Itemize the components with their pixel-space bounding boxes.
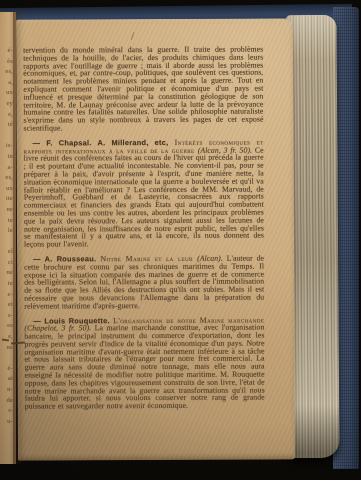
scanned-page: tervention du monde minéral dans la guer… [16,18,295,460]
page-text-block: tervention du monde minéral dans la guer… [23,46,265,411]
entry-review-text: L'auteur de cette brochure est connu par… [24,253,264,310]
left-page-text-fragment [1,131,13,142]
left-page-text-fragment: ci [1,258,13,269]
left-page-text-fragment: a- [1,163,13,174]
left-page-text-fragment: a, [1,78,13,89]
book-photo: é-èses,a,uxeye,téis-ina-es,uxiteneteleel… [0,0,361,480]
left-page-text-fragment: ey [1,99,13,110]
left-page-text-fragment [1,353,13,364]
left-page-text-fragment: ne [1,268,13,279]
left-page-text-fragment: té [1,120,13,131]
left-page-text-fragment: te [1,279,13,290]
left-page-text-fragment: es, [1,173,13,184]
bibliography-entry: — Louis Rouquette. L'organisation de not… [24,316,264,411]
left-page-text-fragment: e, [1,332,13,343]
left-page-text-fragment: é- [1,364,13,375]
left-page-text-fragment: in [1,152,13,163]
left-page-text-fragment: et [1,300,13,311]
left-page-text-fragment: r- [1,406,13,417]
paragraph-continuation: tervention du monde minéral dans la guer… [23,46,263,133]
left-page-text-fragment: ux [1,184,13,195]
left-page-text-fragment: ne [1,343,13,354]
left-page-text-fragment: is- [1,141,13,152]
entry-review-text: tervention du monde minéral dans la guer… [23,45,263,133]
left-page-text-fragment: n- [1,385,13,396]
left-page-text-fragment: ne [1,205,13,216]
left-page-text-fragment: u- [1,417,13,428]
bibliography-entry: — A. Rousseau. Notre Marine et la leur (… [24,254,264,310]
entry-review-text: Ce livre réunit des conférences faites a… [24,145,264,249]
left-page-text-fragment: ux [1,88,13,99]
left-page-text-fragment: ès [1,57,13,68]
left-page-text-fragment: ite [1,194,13,205]
entry-review-text: La marine marchande constitue, avec l'or… [24,323,264,411]
left-page-text-fragment: le [1,226,13,237]
left-page-text-fragment: es, [1,67,13,78]
left-page-text-fragment: de [1,396,13,407]
left-page-text-fragment: é- [1,46,13,57]
left-page-text-fragment [1,237,13,248]
left-page-text-fragment: e- [1,290,13,301]
left-page-fragments: é-èses,a,uxeye,téis-ina-es,uxiteneteleel… [1,46,13,427]
left-page-text-fragment: e, [1,110,13,121]
left-page-text-fragment: s- [1,311,13,322]
left-page-text-fragment: ai [1,374,13,385]
bibliography-entry: — F. Chapsal. A. Millerand, etc, Intérêt… [24,138,264,248]
left-page-text-fragment: te [1,216,13,227]
left-page-text-fragment: el [1,247,13,258]
left-page-text-fragment: es [1,321,13,332]
